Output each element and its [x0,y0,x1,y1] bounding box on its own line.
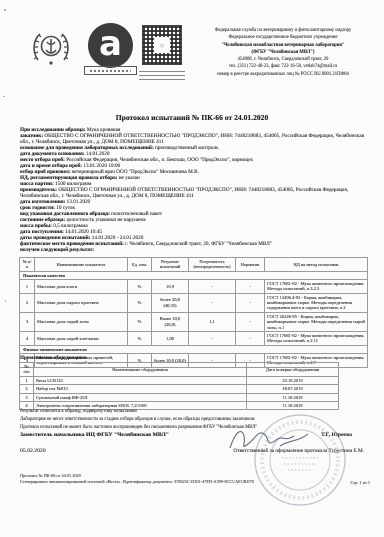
cell-unit: % [128,331,152,345]
cell-num: 3 [20,312,35,331]
cell-uncertainty: - [189,279,236,293]
cell-date: 18.07.2019 [247,385,339,393]
table-row: 3 Сушильный шкаф ВФ-25Л 11.10.2019 [20,393,339,401]
cell-result: 1,00 [152,331,189,345]
scan-noise [4,9,6,11]
header-org-block: Федеральная служба по ветеринарному и фи… [192,27,374,78]
cell-norm: - [236,293,265,312]
section-label: Физико-химические показатели [20,345,368,353]
cell-method: ГОСТ 13496.4-93 - Корма, комбикорма, ком… [265,293,368,312]
cell-uncertainty: - [189,331,236,345]
cell-method: ГОСТ 17681-82 - Мука животного происхожд… [265,331,368,345]
info-line: производитель: ОБЩЕСТВО С ОГРАНИЧЕННОЙ О… [20,187,372,199]
col-header-unit: Ед. изм. [128,258,152,272]
cell-result: Выше 10,0 (20,0) [152,312,189,331]
accreditation-caption [84,66,137,75]
table-row: 2 Набор сит №013 18.07.2019 [20,385,339,393]
cell-uncertainty: 1,1 [189,312,236,331]
cell-num: 1 [20,279,35,293]
accreditation-mark-icon: a [88,23,133,68]
section-row: Показатели качества [20,271,368,279]
col-header-name: Наименование оборудования [34,363,247,377]
col-header-norm: Норматив [236,258,265,272]
cell-name: Массовая доля влаги [35,279,128,293]
cell-norm: - [236,279,265,293]
org-line: Федеральная служба по ветеринарному и фи… [192,27,374,34]
cell-unit: % [128,279,152,293]
table-row: 4 Массовая доля сырой клетчатки % 1,00 -… [20,331,368,345]
cell-name: Весы LCB123 [34,376,247,384]
cell-norm: - [236,331,265,345]
cell-date: 23.10.2019 [247,376,339,384]
signature-date: 05.02.2020 [20,448,46,454]
org-line: (ФГБУ "Челябинская МВЛ") [192,49,374,56]
cell-num: 2 [20,293,35,312]
note-line: Протокол испытаний не может быть частичн… [20,425,360,431]
col-header-num: № п/п [20,258,35,272]
section-label: Показатели качества [20,271,368,279]
qr-center-hexagon: ⬡ [154,37,170,53]
results-table: № п/п Наименование показателя Ед. изм. Р… [19,257,368,368]
cell-method: ГОСТ 17681-82 - Мука животного происхожд… [265,279,368,293]
page-footer: Протокол № ПК-66 от 24.01.2020 Сгенериро… [20,473,370,486]
cell-num: 1 [20,376,34,384]
table-row: 1 Массовая доля влаги % 10,9 - - ГОСТ 17… [20,279,368,293]
sample-info-block: При исследовании образца: Мука кровяная … [20,127,372,253]
info-line: получен следующий результат: [20,247,372,253]
org-line: тел. (351) 722-48-23, факс 722-16-50, ve… [192,63,374,70]
cell-name: Массовая доля сырого протеина [35,293,128,312]
results-header-row: № п/п Наименование показателя Ед. изм. Р… [20,258,368,272]
note-line: Лаборатория не несет ответственности за … [20,417,360,423]
col-header-result: Результат испытаний [152,258,189,272]
cell-unit: % [128,312,152,331]
cell-num: 4 [20,331,35,345]
table-row: 3 Массовая доля сырой золы % Выше 10,0 (… [20,312,368,331]
equipment-table: № п/п Наименование оборудования Дата пов… [19,362,339,410]
col-header-num: № п/п [20,363,34,377]
cell-name: Массовая доля сырой золы [35,312,128,331]
cell-norm: - [236,312,265,331]
table-row: 1 Весы LCB123 23.10.2019 [20,376,339,384]
cell-date: 11.10.2019 [247,393,339,401]
protocol-title: Протокол испытаний № ПК-66 от 24.01.2020 [0,113,384,122]
disclaimer-notes: Результат относится к образцу, подвергну… [20,409,360,433]
equipment-header-row: № п/п Наименование оборудования Дата пов… [20,363,339,377]
scanned-protocol-page: a ⬡ Федеральная служба по ветеринарному … [0,0,384,537]
col-header-name: Наименование показателя [35,258,128,272]
scan-noise [3,96,5,97]
page-number: Стр. 1 из 1 [351,480,370,486]
cell-result: более 20,0 (40,35) [152,293,189,312]
cell-result: 10,9 [152,279,189,293]
org-line: номер в реестре аккредитованных лиц № РО… [192,71,374,78]
rosselkhoznadzor-emblem-icon [30,26,72,68]
cell-method: ГОСТ 26226-95 - Корма, комбикорма, комби… [265,312,368,331]
org-line: Федеральное государственное бюджетное уч… [192,34,374,41]
signer-name: Т.Г. Юреева [321,432,352,438]
cell-num: 2 [20,385,34,393]
table-row: 2 Массовая доля сырого протеина % более … [20,293,368,312]
cell-name: Массовая доля сырой клетчатки [35,331,128,345]
note-line: Результат относится к образцу, подвергну… [20,409,360,415]
col-header-date: Дата поверки оборудования [247,363,339,377]
cell-name: Набор сит №013 [34,385,247,393]
org-line: "Челябинская межобластная ветеринарная л… [192,42,374,49]
responsible-person: Ответственный за оформление протокола Ту… [233,448,364,454]
footer-generated-note: Сгенерировано автоматизированной системо… [20,479,370,485]
info-line: заказчик: ОБЩЕСТВО С ОГРАНИЧЕННОЙ ОТВЕТС… [20,133,372,145]
section-row: Физико-химические показатели [20,345,368,353]
scan-noise [5,300,6,302]
cell-unit: % [128,293,152,312]
org-line: 454008, г. Челябинск, Свердловский тракт… [192,56,374,63]
col-header-method: НД на метод испытания [265,258,368,272]
qr-stamp-caption [139,68,185,80]
cell-name: Сушильный шкаф ВФ-25Л [34,393,247,401]
equipment-label: Применяемое оборудование: [20,355,87,361]
col-header-uncertainty: Погрешность (неопределенность) [189,258,236,272]
cell-num: 3 [20,393,34,401]
signer-position: Заместитель начальника ИЦ ФГБУ "Челябинс… [20,432,169,438]
cell-uncertainty: - [189,293,236,312]
signature-block: Заместитель начальника ИЦ ФГБУ "Челябинс… [20,432,370,438]
qr-stamp-icon: ⬡ [142,25,182,65]
